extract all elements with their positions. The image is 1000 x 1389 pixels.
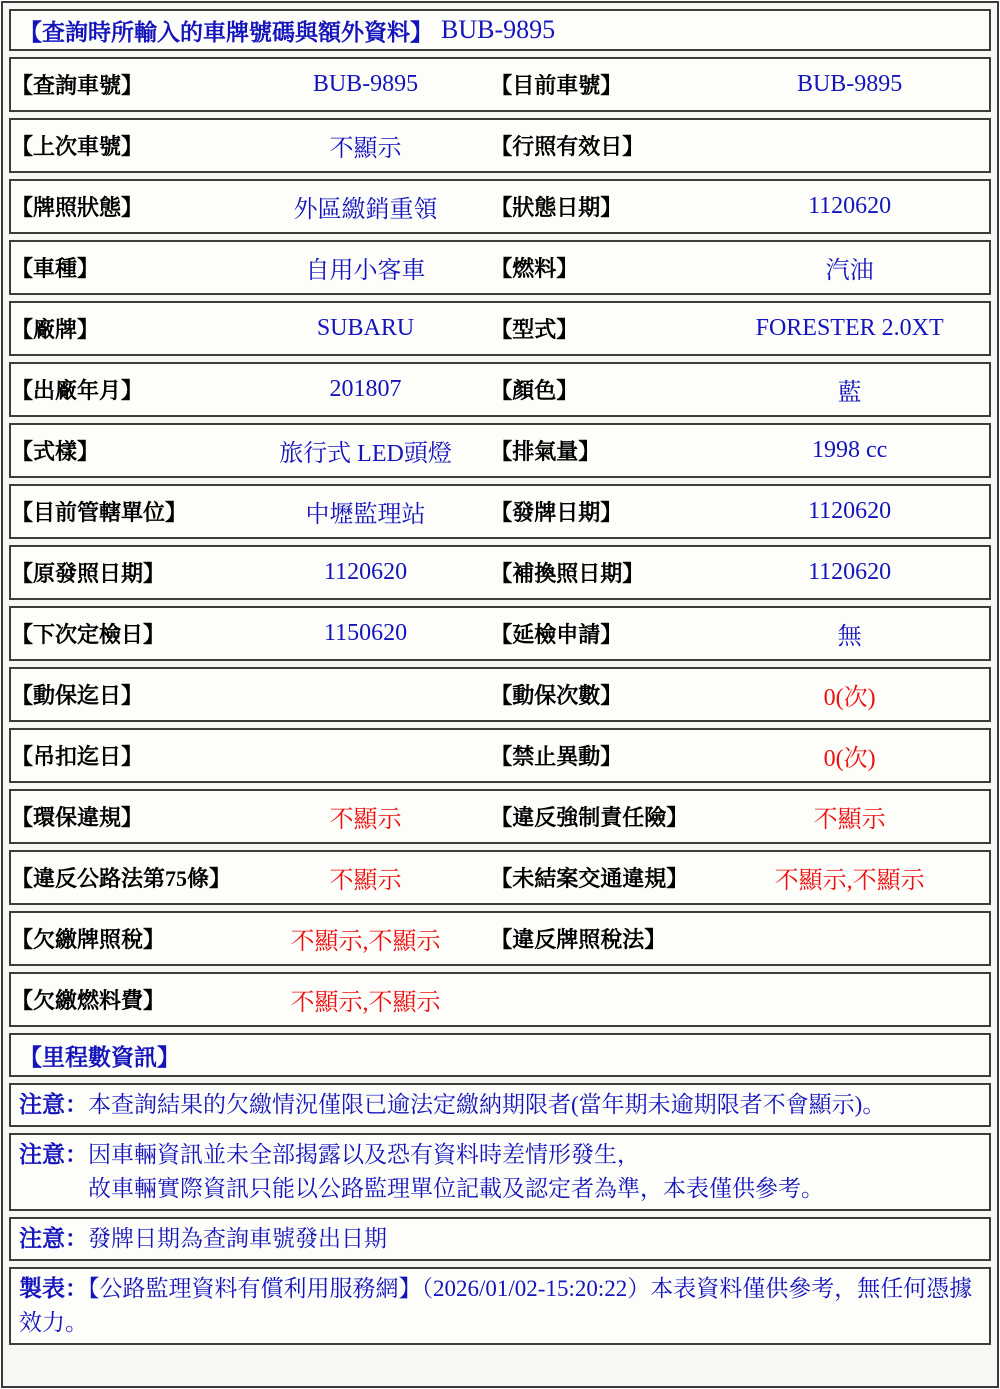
note-text: 本查詢結果的欠繳情況僅限已逾法定繳納期限者(當年期未逾期限者不會顯示)。 <box>88 1092 885 1117</box>
note-plate-issue-date: 注意：發牌日期為查詢車號發出日期 <box>9 1217 991 1261</box>
note-line: 因車輛資訊並未全部揭露以及恐有資料時差情形發生， <box>88 1138 981 1172</box>
field-label: 【吊扣迄日】 <box>11 730 241 781</box>
field-label: 【違反強制責任險】 <box>490 791 710 842</box>
field-value: 0(次) <box>710 730 989 781</box>
field-value <box>710 913 989 964</box>
field-value: 201807 <box>241 364 490 415</box>
field-label: 【行照有效日】 <box>490 120 710 171</box>
note-line: 故車輛實際資訊只能以公路監理單位記載及認定者為準，本表僅供參考。 <box>88 1172 981 1206</box>
note-text: 【公路監理資料有償利用服務網】（2026/01/02-15:20:22）本表資料… <box>19 1276 972 1335</box>
field-label <box>490 974 710 1025</box>
note-label: 注意： <box>19 1138 88 1172</box>
field-label: 【廠牌】 <box>11 303 241 354</box>
note-overdue-payment: 注意：本查詢結果的欠繳情況僅限已逾法定繳納期限者(當年期未逾期限者不會顯示)。 <box>9 1083 991 1127</box>
field-value <box>710 974 989 1025</box>
info-row: 【目前管轄單位】 中壢監理站 【發牌日期】 1120620 <box>9 484 991 539</box>
report-title-label: 【查詢時所輸入的車牌號碼與額外資料】 <box>19 14 433 47</box>
info-row: 【下次定檢日】 1150620 【延檢申請】 無 <box>9 606 991 661</box>
field-value: 汽油 <box>710 242 989 293</box>
field-value: 1120620 <box>241 547 490 598</box>
info-row: 【欠繳牌照稅】 不顯示,不顯示 【違反牌照稅法】 <box>9 911 991 966</box>
field-label: 【補換照日期】 <box>490 547 710 598</box>
field-label: 【欠繳牌照稅】 <box>11 913 241 964</box>
field-label: 【禁止異動】 <box>490 730 710 781</box>
field-value: 中壢監理站 <box>241 486 490 537</box>
field-value: BUB-9895 <box>241 59 490 110</box>
mileage-section-label: 【里程數資訊】 <box>19 1039 180 1072</box>
note-text: 發牌日期為查詢車號發出日期 <box>88 1226 387 1251</box>
field-value: SUBARU <box>241 303 490 354</box>
field-label: 【發牌日期】 <box>490 486 710 537</box>
field-label: 【違反公路法第75條】 <box>11 852 241 903</box>
field-value: 不顯示 <box>241 852 490 903</box>
field-value: 不顯示,不顯示 <box>241 974 490 1025</box>
field-label: 【動保次數】 <box>490 669 710 720</box>
note-label: 製表： <box>19 1276 88 1301</box>
field-label: 【目前車號】 <box>490 59 710 110</box>
field-value: 1998 cc <box>710 425 989 476</box>
field-value: 不顯示 <box>241 120 490 171</box>
field-label: 【目前管轄單位】 <box>11 486 241 537</box>
field-label: 【牌照狀態】 <box>11 181 241 232</box>
info-row: 【動保迄日】 【動保次數】 0(次) <box>9 667 991 722</box>
vehicle-query-result-page: 【查詢時所輸入的車牌號碼與額外資料】 BUB-9895 【查詢車號】 BUB-9… <box>1 1 999 1388</box>
report-footer: 製表：【公路監理資料有償利用服務網】（2026/01/02-15:20:22）本… <box>9 1267 991 1345</box>
info-row: 【上次車號】 不顯示 【行照有效日】 <box>9 118 991 173</box>
field-value: 自用小客車 <box>241 242 490 293</box>
field-value: 1120620 <box>710 547 989 598</box>
note-data-disclaimer: 注意： 因車輛資訊並未全部揭露以及恐有資料時差情形發生， 故車輛實際資訊只能以公… <box>9 1133 991 1211</box>
field-label: 【式樣】 <box>11 425 241 476</box>
info-row: 【式樣】 旅行式 LED頭燈 【排氣量】 1998 cc <box>9 423 991 478</box>
field-label: 【未結案交通違規】 <box>490 852 710 903</box>
queried-plate-number: BUB-9895 <box>441 15 555 45</box>
field-value: 不顯示,不顯示 <box>241 913 490 964</box>
field-label: 【環保違規】 <box>11 791 241 842</box>
info-row: 【車種】 自用小客車 【燃料】 汽油 <box>9 240 991 295</box>
field-value <box>241 669 490 720</box>
field-value: 0(次) <box>710 669 989 720</box>
info-row: 【查詢車號】 BUB-9895 【目前車號】 BUB-9895 <box>9 57 991 112</box>
field-value: BUB-9895 <box>710 59 989 110</box>
field-label: 【動保迄日】 <box>11 669 241 720</box>
mileage-section-row: 【里程數資訊】 <box>9 1033 991 1077</box>
info-row: 【原發照日期】 1120620 【補換照日期】 1120620 <box>9 545 991 600</box>
field-value: 不顯示 <box>710 791 989 842</box>
field-label: 【違反牌照稅法】 <box>490 913 710 964</box>
field-value: 1120620 <box>710 181 989 232</box>
field-label: 【顏色】 <box>490 364 710 415</box>
field-label: 【狀態日期】 <box>490 181 710 232</box>
field-label: 【上次車號】 <box>11 120 241 171</box>
field-label: 【出廠年月】 <box>11 364 241 415</box>
field-label: 【車種】 <box>11 242 241 293</box>
info-row: 【環保違規】 不顯示 【違反強制責任險】 不顯示 <box>9 789 991 844</box>
field-value <box>710 120 989 171</box>
info-row: 【吊扣迄日】 【禁止異動】 0(次) <box>9 728 991 783</box>
field-value: 不顯示,不顯示 <box>710 852 989 903</box>
report-title-row: 【查詢時所輸入的車牌號碼與額外資料】 BUB-9895 <box>9 9 991 51</box>
field-label: 【排氣量】 <box>490 425 710 476</box>
info-row: 【廠牌】 SUBARU 【型式】 FORESTER 2.0XT <box>9 301 991 356</box>
info-row: 【違反公路法第75條】 不顯示 【未結案交通違規】 不顯示,不顯示 <box>9 850 991 905</box>
field-value: 藍 <box>710 364 989 415</box>
field-label: 【型式】 <box>490 303 710 354</box>
field-value: 無 <box>710 608 989 659</box>
field-label: 【欠繳燃料費】 <box>11 974 241 1025</box>
field-label: 【下次定檢日】 <box>11 608 241 659</box>
field-label: 【燃料】 <box>490 242 710 293</box>
info-row: 【欠繳燃料費】 不顯示,不顯示 <box>9 972 991 1027</box>
field-value: 旅行式 LED頭燈 <box>241 425 490 476</box>
note-label: 注意： <box>19 1226 88 1251</box>
field-value: 不顯示 <box>241 791 490 842</box>
field-label: 【查詢車號】 <box>11 59 241 110</box>
field-value: FORESTER 2.0XT <box>710 303 989 354</box>
info-row: 【牌照狀態】 外區繳銷重領 【狀態日期】 1120620 <box>9 179 991 234</box>
field-value: 1150620 <box>241 608 490 659</box>
field-value: 外區繳銷重領 <box>241 181 490 232</box>
field-value: 1120620 <box>710 486 989 537</box>
note-label: 注意： <box>19 1092 88 1117</box>
field-value <box>241 730 490 781</box>
field-label: 【原發照日期】 <box>11 547 241 598</box>
info-row: 【出廠年月】 201807 【顏色】 藍 <box>9 362 991 417</box>
note-text: 因車輛資訊並未全部揭露以及恐有資料時差情形發生， 故車輛實際資訊只能以公路監理單… <box>88 1138 981 1206</box>
field-label: 【延檢申請】 <box>490 608 710 659</box>
